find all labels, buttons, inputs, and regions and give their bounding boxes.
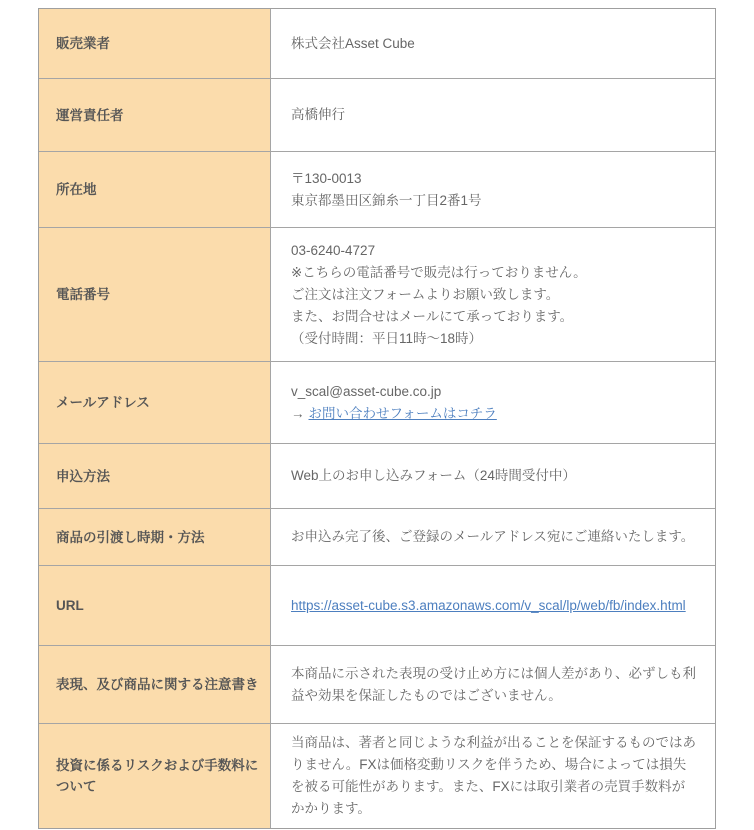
table-row-address: 所在地 〒130-0013 東京都墨田区錦糸一丁目2番1号 [39, 152, 715, 228]
row-value: 高橋伸行 [271, 79, 715, 152]
postal-code: 〒130-0013 [291, 168, 697, 190]
row-value: 当商品は、著者と同じような利益が出ることを保証するものではありません。FXは価格… [271, 724, 715, 828]
email-address: v_scal@asset-cube.co.jp [291, 381, 697, 403]
row-value: 本商品に示された表現の受け止め方には個人差があり、必ずしも利益や効果を保証したも… [271, 646, 715, 724]
row-value: お申込み完了後、ご登録のメールアドレス宛にご連絡いたします。 [271, 509, 715, 566]
value-line: 高橋伸行 [291, 104, 697, 126]
value-line: お申込み完了後、ご登録のメールアドレス宛にご連絡いたします。 [291, 526, 697, 548]
contact-form-link[interactable]: お問い合わせフォームはコチラ [309, 406, 497, 421]
phone-number: 03-6240-4727 [291, 240, 697, 262]
row-value: Web上のお申し込みフォーム（24時間受付中） [271, 444, 715, 509]
value-line: Web上のお申し込みフォーム（24時間受付中） [291, 465, 697, 487]
value-line: また、お問合せはメールにて承っております。 [291, 306, 697, 328]
contact-form-line: →お問い合わせフォームはコチラ [291, 403, 697, 425]
table-row-expression-note: 表現、及び商品に関する注意書き 本商品に示された表現の受け止め方には個人差があり… [39, 646, 715, 724]
table-row-manager: 運営責任者 高橋伸行 [39, 79, 715, 152]
row-label: 電話番号 [39, 228, 271, 362]
row-label: 表現、及び商品に関する注意書き [39, 646, 271, 724]
value-paragraph: 当商品は、著者と同じような利益が出ることを保証するものではありません。FXは価格… [291, 732, 697, 820]
value-line: 株式会社Asset Cube [291, 33, 697, 55]
value-paragraph: 本商品に示された表現の受け止め方には個人差があり、必ずしも利益や効果を保証したも… [291, 663, 697, 707]
row-label: 販売業者 [39, 9, 271, 79]
table-row-application: 申込方法 Web上のお申し込みフォーム（24時間受付中） [39, 444, 715, 509]
street-address: 東京都墨田区錦糸一丁目2番1号 [291, 190, 697, 212]
product-url-link[interactable]: https://asset-cube.s3.amazonaws.com/v_sc… [291, 598, 686, 613]
row-value: 株式会社Asset Cube [271, 9, 715, 79]
table-row-risk-fees: 投資に係るリスクおよび手数料について 当商品は、著者と同じような利益が出ることを… [39, 724, 715, 828]
disclosure-table: 販売業者 株式会社Asset Cube 運営責任者 高橋伸行 所在地 〒130-… [38, 8, 716, 829]
table-row-delivery: 商品の引渡し時期・方法 お申込み完了後、ご登録のメールアドレス宛にご連絡いたしま… [39, 509, 715, 566]
value-line: ※こちらの電話番号で販売は行っておりません。 [291, 262, 697, 284]
row-value: v_scal@asset-cube.co.jp →お問い合わせフォームはコチラ [271, 362, 715, 444]
row-value: 〒130-0013 東京都墨田区錦糸一丁目2番1号 [271, 152, 715, 228]
row-label: メールアドレス [39, 362, 271, 444]
table-row-url: URL https://asset-cube.s3.amazonaws.com/… [39, 566, 715, 646]
row-value: https://asset-cube.s3.amazonaws.com/v_sc… [271, 566, 715, 646]
table-row-email: メールアドレス v_scal@asset-cube.co.jp →お問い合わせフ… [39, 362, 715, 444]
row-label: 所在地 [39, 152, 271, 228]
row-value: 03-6240-4727 ※こちらの電話番号で販売は行っておりません。 ご注文は… [271, 228, 715, 362]
value-line: ご注文は注文フォームよりお願い致します。 [291, 284, 697, 306]
table-row-seller: 販売業者 株式会社Asset Cube [39, 9, 715, 79]
arrow-icon: → [291, 406, 305, 421]
row-label: URL [39, 566, 271, 646]
row-label: 運営責任者 [39, 79, 271, 152]
table-row-phone: 電話番号 03-6240-4727 ※こちらの電話番号で販売は行っておりません。… [39, 228, 715, 362]
row-label: 申込方法 [39, 444, 271, 509]
row-label: 投資に係るリスクおよび手数料について [39, 724, 271, 828]
reception-hours: （受付時間：平日11時～18時） [291, 328, 697, 350]
row-label: 商品の引渡し時期・方法 [39, 509, 271, 566]
